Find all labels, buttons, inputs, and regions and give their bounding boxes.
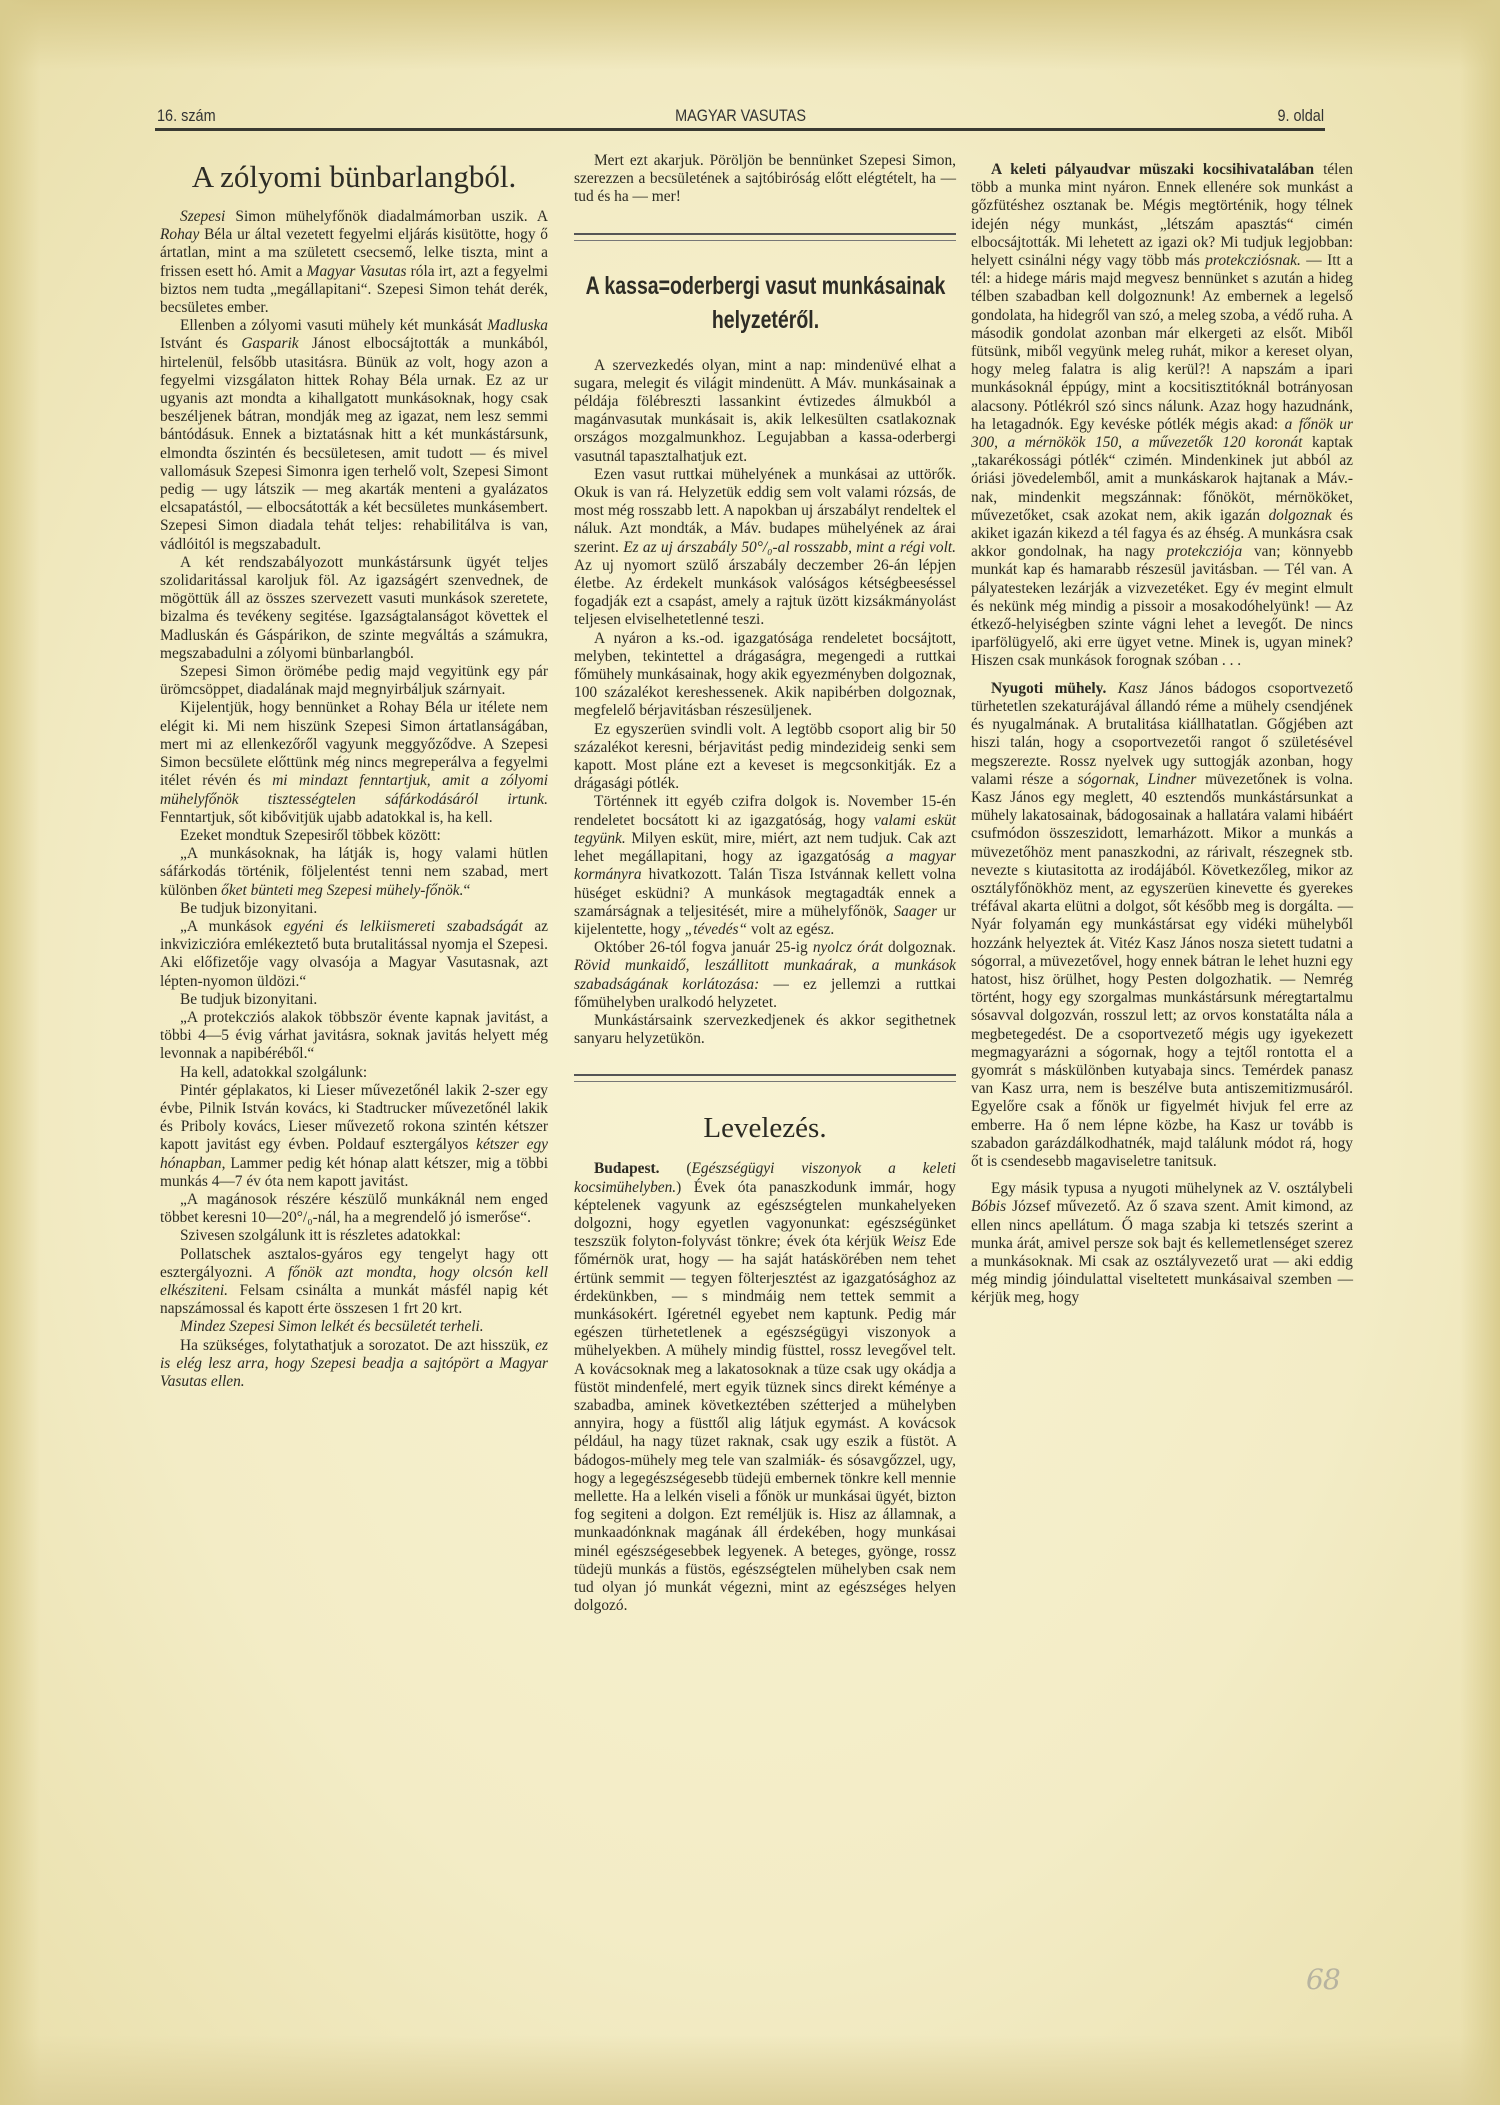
- paper-name: MAGYAR VASUTAS: [675, 106, 806, 126]
- paragraph: Szepesi Simon mühelyfőnök diadalmámorban…: [160, 208, 548, 317]
- paragraph: Budapest. (Egészségügyi viszonyok a kele…: [574, 1160, 956, 1615]
- article-title-zolyom: A zólyomi bünbarlangból.: [160, 160, 548, 194]
- paper-edge-left: [0, 0, 40, 2105]
- paragraph: A nyáron a ks.-od. igazgatósága rendelet…: [574, 630, 956, 721]
- newspaper-page: 16. szám MAGYAR VASUTAS 9. oldal A zólyo…: [0, 0, 1500, 2105]
- paragraph: „A munkásoknak, ha látják is, hogy valam…: [160, 845, 548, 900]
- paper-edge-top: [0, 0, 1500, 70]
- paper-edge-bottom: [0, 2035, 1500, 2105]
- paragraph: Szepesi Simon örömébe pedig majd vegyitü…: [160, 663, 548, 699]
- paragraph: Ezen vasut ruttkai mühelyének a munkásai…: [574, 466, 956, 630]
- paragraph: Október 26-tól fogva január 25-ig nyolcz…: [574, 939, 956, 1012]
- paragraph: Ha szükséges, folytathatjuk a sorozatot.…: [160, 1337, 548, 1392]
- paragraph: Történnek itt egyéb czifra dolgok is. No…: [574, 793, 956, 939]
- article-divider: [574, 1074, 956, 1082]
- paragraph: A két rendszabályozott munkástársunk ügy…: [160, 554, 548, 663]
- paragraph: Munkástársaink szervezkedjenek és akkor …: [574, 1012, 956, 1048]
- paragraph: Pintér géplakatos, ki Lieser művezetőnél…: [160, 1082, 548, 1191]
- paragraph: Ez egyszerüen svindli volt. A legtöbb cs…: [574, 721, 956, 794]
- handwritten-page-mark: 68: [1306, 1963, 1340, 1996]
- masthead-rule: [155, 128, 1325, 131]
- issue-number: 16. szám: [157, 106, 216, 126]
- column-1: A zólyomi bünbarlangból. Szepesi Simon m…: [160, 152, 548, 1391]
- article-divider: [574, 233, 956, 241]
- paper-edge-right: [1460, 0, 1500, 2105]
- paragraph: „A magánosok részére készülő munkáknál n…: [160, 1191, 548, 1227]
- page-number: 9. oldal: [1277, 106, 1324, 126]
- paragraph: Be tudjuk bizonyitani.: [160, 900, 548, 918]
- paragraph: „A protekcziós alakok többször évente ka…: [160, 1009, 548, 1064]
- article-body-zolyom-end: Mert ezt akarjuk. Pöröljön be bennünket …: [574, 152, 956, 207]
- paragraph: Ellenben a zólyomi vasuti mühely két mun…: [160, 317, 548, 554]
- column-3: A keleti pályaudvar müszaki kocsihivatal…: [971, 152, 1353, 1308]
- paragraph: Pollatschek asztalos-gyáros egy tengelyt…: [160, 1246, 548, 1319]
- paragraph: Be tudjuk bizonyitani.: [160, 991, 548, 1009]
- article-body-levelezes-continued: A keleti pályaudvar müszaki kocsihivatal…: [971, 161, 1353, 1308]
- paragraph: Ezeket mondtuk Szepesiről többek között:: [160, 827, 548, 845]
- article-body-kassa-oderberg: A szervezkedés olyan, mint a nap: minden…: [574, 357, 956, 1049]
- paragraph: Mindez Szepesi Simon lelkét és becsületé…: [160, 1318, 548, 1336]
- section-title-levelezes: Levelezés.: [574, 1112, 956, 1144]
- paragraph: Mert ezt akarjuk. Pöröljön be bennünket …: [574, 152, 956, 207]
- paragraph: Szivesen szolgálunk itt is részletes ada…: [160, 1227, 548, 1245]
- paragraph: Nyugoti mühely. Kasz János bádogos csopo…: [971, 680, 1353, 1171]
- masthead: 16. szám MAGYAR VASUTAS 9. oldal: [157, 102, 1324, 130]
- article-body-levelezes: Budapest. (Egészségügyi viszonyok a kele…: [574, 1160, 956, 1615]
- paragraph: A keleti pályaudvar müszaki kocsihivatal…: [971, 161, 1353, 671]
- paragraph: Egy másik typusa a nyugoti mühelynek az …: [971, 1180, 1353, 1307]
- column-2: Mert ezt akarjuk. Pöröljön be bennünket …: [574, 152, 956, 1615]
- article-title-kassa-oderberg: A kassa=oderbergi vasut munkásainak hely…: [574, 269, 955, 337]
- article-body-zolyom: Szepesi Simon mühelyfőnök diadalmámorban…: [160, 208, 548, 1391]
- paragraph: A szervezkedés olyan, mint a nap: minden…: [574, 357, 956, 466]
- paragraph: Ha kell, adatokkal szolgálunk:: [160, 1064, 548, 1082]
- paragraph: „A munkások egyéni és lelkiismereti szab…: [160, 918, 548, 991]
- paragraph: Kijelentjük, hogy bennünket a Rohay Béla…: [160, 699, 548, 826]
